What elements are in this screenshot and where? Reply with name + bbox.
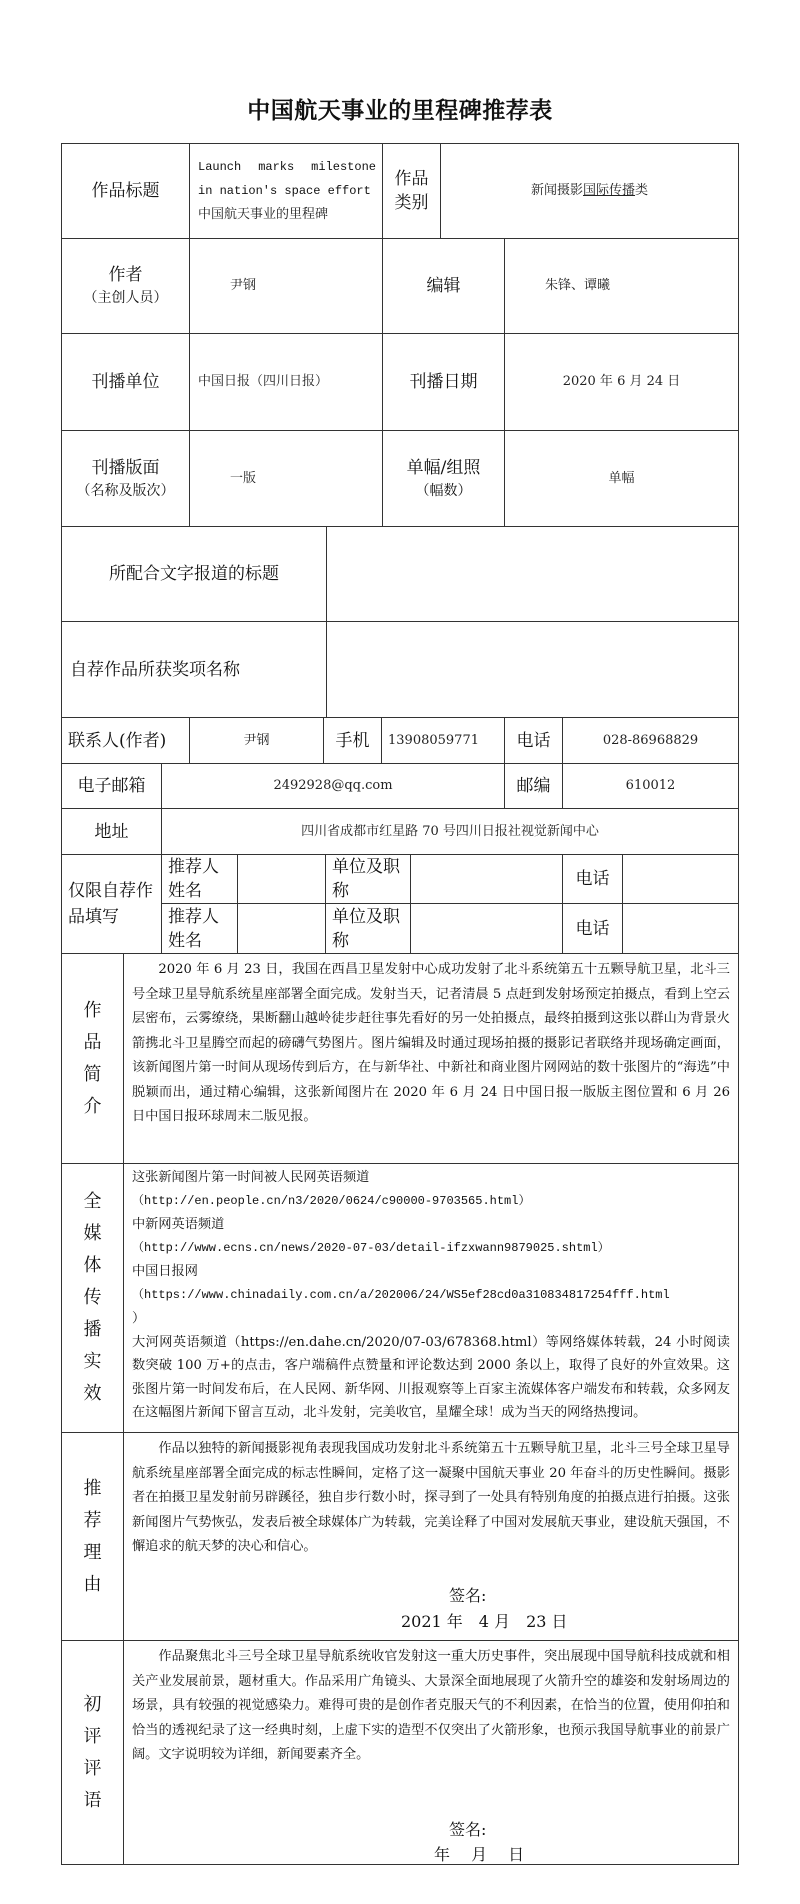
phone-value: 028-86968829	[562, 717, 739, 764]
reason-paragraph: 作品以独特的新闻摄影视角表现我国成功发射北斗系统第五十五颗导航卫星，北斗三号全球…	[132, 1437, 730, 1560]
recommenders-label: 仅限自荐作品填写	[61, 854, 162, 954]
recommender-1-unit-label: 单位及职称	[325, 854, 411, 904]
related-title-label: 所配合文字报道的标题	[61, 526, 327, 622]
publish-date-value-text: 2020 年 6 月 24 日	[563, 371, 681, 393]
reason-signature-label: 签名:	[449, 1584, 486, 1608]
recommenders-label-text: 仅限自荐作品填写	[68, 878, 155, 930]
media-effect-label-char: 播	[84, 1314, 102, 1346]
publisher-label: 刊播单位	[61, 333, 190, 431]
editor-value: 朱锋、谭曦	[504, 238, 739, 334]
contact-value-text: 尹钢	[243, 730, 269, 752]
media-effect-label: 全 媒 体 传 播 实 效	[61, 1163, 124, 1433]
recommender-1-phone-label-text: 电话	[576, 867, 610, 891]
author-value-text: 尹钢	[230, 275, 256, 297]
address-label-text: 地址	[95, 820, 129, 844]
phone-label: 电话	[504, 717, 563, 764]
review-label-char: 初	[84, 1689, 102, 1721]
mobile-value-text: 13908059771	[388, 730, 479, 752]
work-title-en: Launch marks milestone in nation's space…	[198, 155, 376, 203]
recommender-1-name-label: 推荐人姓名	[161, 854, 238, 904]
work-title-value: Launch marks milestone in nation's space…	[189, 143, 383, 239]
reason-label-char: 由	[84, 1569, 102, 1601]
page-label-text: 刊播版面	[92, 456, 160, 480]
address-label: 地址	[61, 808, 162, 855]
summary-label-char: 介	[84, 1091, 102, 1123]
media-effect-text: 这张新闻图片第一时间被人民网英语频道 （http://en.people.cn/…	[123, 1163, 739, 1433]
author-label-text: 作者	[109, 263, 143, 287]
phone-value-text: 028-86968829	[603, 730, 698, 752]
photo-type-label-text: 单幅/组照	[407, 456, 481, 480]
media-line-people: 这张新闻图片第一时间被人民网英语频道	[132, 1166, 369, 1190]
review-text: 作品聚焦北斗三号全球卫星导航系统收官发射这一重大历史事件，突出展现中国导航科技成…	[123, 1640, 739, 1865]
recommender-1-phone-value[interactable]	[622, 854, 739, 904]
work-title-label-text: 作品标题	[92, 179, 160, 203]
category-prefix: 新闻摄影	[531, 180, 583, 202]
recommender-1-unit-label-text: 单位及职称	[332, 855, 402, 903]
publish-date-label-text: 刊播日期	[410, 370, 478, 394]
related-title-value	[326, 526, 739, 622]
related-title-label-text: 所配合文字报道的标题	[109, 562, 279, 586]
review-paragraph: 作品聚焦北斗三号全球卫星导航系统收官发射这一重大历史事件，突出展现中国导航科技成…	[132, 1645, 730, 1768]
review-signature-label: 签名:	[449, 1818, 486, 1842]
recommender-2-name-value[interactable]	[237, 903, 326, 954]
summary-paragraph: 2020 年 6 月 23 日，我国在西昌卫星发射中心成功发射了北斗系统第五十五…	[132, 958, 730, 1130]
mobile-value: 13908059771	[381, 717, 505, 764]
link-people[interactable]: （http://en.people.cn/n3/2020/0624/c90000…	[132, 1190, 530, 1214]
media-effect-label-char: 效	[84, 1378, 102, 1410]
link-chinadaily[interactable]: （https://www.chinadaily.com.cn/a/202006/…	[132, 1284, 670, 1308]
media-effect-label-char: 全	[84, 1186, 102, 1218]
author-label: 作者 （主创人员）	[61, 238, 190, 334]
summary-label: 作 品 简 介	[61, 953, 124, 1164]
recommender-2-name-label: 推荐人姓名	[161, 903, 238, 954]
zip-label: 邮编	[504, 763, 563, 809]
mobile-label: 手机	[323, 717, 382, 764]
zip-label-text: 邮编	[517, 774, 551, 798]
reason-signature-date: 2021 年 4 月 23 日	[401, 1610, 568, 1634]
zip-value-text: 610012	[626, 775, 676, 797]
photo-type-label: 单幅/组照 （幅数）	[382, 430, 505, 527]
contact-label: 联系人(作者)	[61, 717, 190, 764]
awards-value	[326, 621, 739, 718]
zip-value: 610012	[562, 763, 739, 809]
media-effect-paragraph: 大河网英语频道（https://en.dahe.cn/2020/07-03/67…	[132, 1331, 730, 1425]
recommender-1-name-label-text: 推荐人姓名	[168, 855, 233, 903]
publisher-value-text: 中国日报（四川日报）	[198, 371, 328, 393]
work-title-cn: 中国航天事业的里程碑	[198, 203, 328, 227]
media-line-chinadaily: 中国日报网	[132, 1260, 198, 1284]
summary-text: 2020 年 6 月 23 日，我国在西昌卫星发射中心成功发射了北斗系统第五十五…	[123, 953, 739, 1164]
recommender-2-phone-label: 电话	[562, 903, 623, 954]
address-value: 四川省成都市红星路 70 号四川日报社视觉新闻中心	[161, 808, 739, 855]
address-value-text: 四川省成都市红星路 70 号四川日报社视觉新闻中心	[301, 821, 599, 843]
page-label: 刊播版面 （名称及版次）	[61, 430, 190, 527]
summary-label-char: 品	[84, 1027, 102, 1059]
recommender-2-unit-label-text: 单位及职称	[332, 905, 402, 953]
email-label: 电子邮箱	[61, 763, 162, 809]
editor-value-text: 朱锋、谭曦	[545, 275, 610, 297]
email-value: 2492928@qq.com	[161, 763, 505, 809]
email-label-text: 电子邮箱	[78, 774, 146, 798]
email-value-text: 2492928@qq.com	[273, 775, 392, 797]
review-label: 初 评 评 语	[61, 1640, 124, 1865]
publish-date-label: 刊播日期	[382, 333, 505, 431]
page-label-sub: （名称及版次）	[77, 480, 175, 502]
recommender-1-phone-label: 电话	[562, 854, 623, 904]
category-label-line1: 作品	[395, 167, 429, 191]
reason-label-char: 推	[84, 1473, 102, 1505]
media-effect-label-char: 体	[84, 1250, 102, 1282]
page-value: 一版	[189, 430, 383, 527]
recommender-1-unit-value[interactable]	[410, 854, 563, 904]
photo-type-value: 单幅	[504, 430, 739, 527]
contact-label-text: 联系人(作者)	[68, 729, 166, 753]
review-label-char: 语	[84, 1785, 102, 1817]
media-line-ecns: 中新网英语频道	[132, 1213, 224, 1237]
reason-label: 推 荐 理 由	[61, 1432, 124, 1641]
page-title: 中国航天事业的里程碑推荐表	[0, 92, 800, 125]
editor-label-text: 编辑	[427, 274, 461, 298]
recommender-2-phone-value[interactable]	[622, 903, 739, 954]
editor-label: 编辑	[382, 238, 505, 334]
page-value-text: 一版	[230, 468, 256, 490]
reason-label-char: 理	[84, 1537, 102, 1569]
photo-type-value-text: 单幅	[608, 468, 634, 490]
review-label-char: 评	[84, 1721, 102, 1753]
reason-label-char: 荐	[84, 1505, 102, 1537]
summary-label-char: 作	[84, 995, 102, 1027]
recommender-2-unit-label: 单位及职称	[325, 903, 411, 954]
author-value: 尹钢	[189, 238, 383, 334]
category-underlined: 国际传播	[583, 180, 635, 202]
contact-value: 尹钢	[189, 717, 324, 764]
awards-label-text: 自荐作品所获奖项名称	[70, 658, 240, 682]
recommender-2-phone-label-text: 电话	[576, 917, 610, 941]
awards-label: 自荐作品所获奖项名称	[61, 621, 327, 718]
mobile-label-text: 手机	[336, 729, 370, 753]
category-suffix: 类	[635, 180, 648, 202]
recommender-1-name-value[interactable]	[237, 854, 326, 904]
summary-label-char: 简	[84, 1059, 102, 1091]
phone-label-text: 电话	[517, 729, 551, 753]
recommender-2-unit-value[interactable]	[410, 903, 563, 954]
publisher-value: 中国日报（四川日报）	[189, 333, 383, 431]
publish-date-value: 2020 年 6 月 24 日	[504, 333, 739, 431]
category-value: 新闻摄影国际传播类	[440, 143, 739, 239]
review-signature-date: 年 月 日	[434, 1843, 524, 1867]
category-label-line2: 类别	[395, 191, 429, 215]
publisher-label-text: 刊播单位	[92, 370, 160, 394]
category-label: 作品 类别	[382, 143, 441, 239]
review-label-char: 评	[84, 1753, 102, 1785]
link-chinadaily-end: ）	[132, 1307, 145, 1331]
media-effect-label-char: 传	[84, 1282, 102, 1314]
media-effect-label-char: 实	[84, 1346, 102, 1378]
photo-type-label-sub: （幅数）	[416, 480, 472, 502]
recommender-2-name-label-text: 推荐人姓名	[168, 905, 233, 953]
author-label-sub: （主创人员）	[84, 287, 168, 309]
work-title-label: 作品标题	[61, 143, 190, 239]
media-effect-label-char: 媒	[84, 1218, 102, 1250]
link-ecns[interactable]: （http://www.ecns.cn/news/2020-07-03/deta…	[132, 1237, 610, 1261]
